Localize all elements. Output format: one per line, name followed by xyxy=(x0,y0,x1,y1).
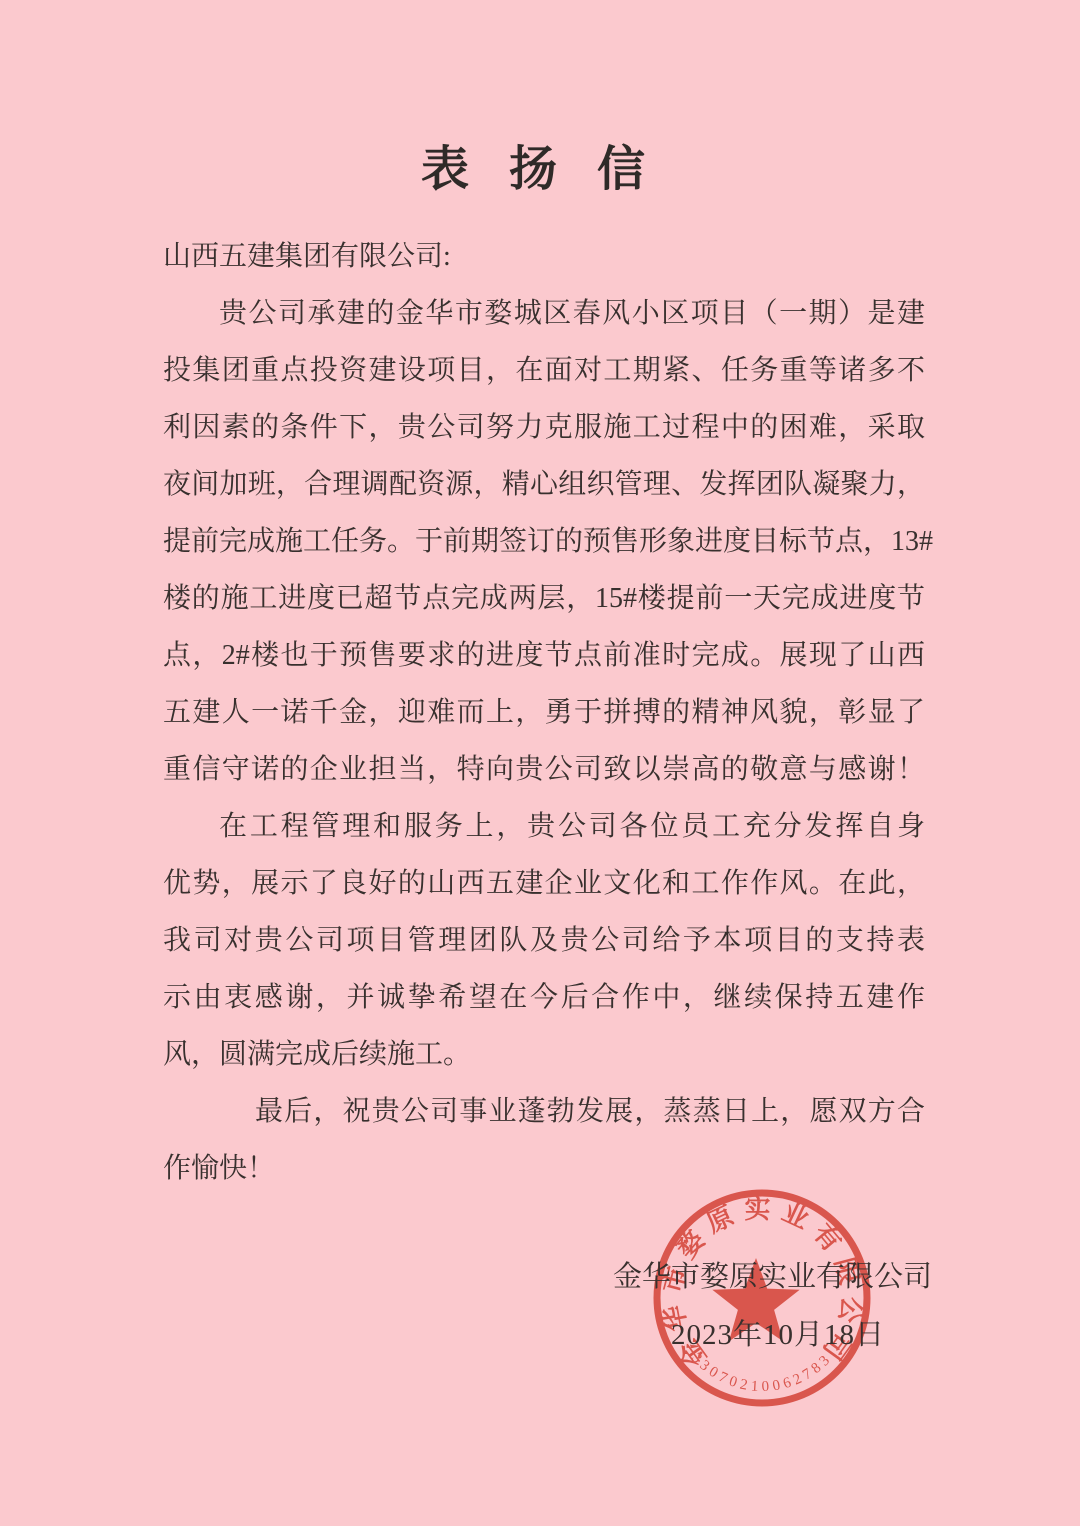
letter-title: 表 扬 信 xyxy=(0,130,1080,199)
paragraph-line: 夜间加班，合理调配资源，精心组织管理、发挥团队凝聚力， xyxy=(163,456,925,513)
paragraph-line: 贵公司承建的金华市婺城区春风小区项目（一期）是建 xyxy=(163,285,925,342)
paragraph-line: 在工程管理和服务上，贵公司各位员工充分发挥自身 xyxy=(163,798,925,855)
commendation-letter-page: 表 扬 信 山西五建集团有限公司: 贵公司承建的金华市婺城区春风小区项目（一期）… xyxy=(0,0,1080,1526)
paragraph-line: 投集团重点投资建设项目，在面对工期紧、任务重等诸多不 xyxy=(163,342,925,399)
paragraph-line: 最后，祝贵公司事业蓬勃发展，蒸蒸日上，愿双方合 xyxy=(163,1083,925,1140)
signature-date: 2023年10月18日 xyxy=(671,1312,885,1353)
paragraph-line: 示由衷感谢，并诚挚希望在今后合作中，继续保持五建作 xyxy=(163,969,925,1026)
paragraph-line: 楼的施工进度已超节点完成两层，15#楼提前一天完成进度节 xyxy=(163,570,925,627)
paragraph-line: 优势，展示了良好的山西五建企业文化和工作作风。在此， xyxy=(163,855,925,912)
paragraph-line: 风，圆满完成后续施工。 xyxy=(163,1026,925,1083)
company-seal: 金华市婺原实业有限公司 33070210062783 xyxy=(632,1168,892,1428)
letter-body: 山西五建集团有限公司: 贵公司承建的金华市婺城区春风小区项目（一期）是建 投集团… xyxy=(163,228,925,1197)
paragraph-line: 重信守诺的企业担当，特向贵公司致以崇高的敬意与感谢！ xyxy=(163,741,925,798)
paragraph-line: 利因素的条件下，贵公司努力克服施工过程中的困难，采取 xyxy=(163,399,925,456)
paragraph-line: 点，2#楼也于预售要求的进度节点前准时完成。展现了山西 xyxy=(163,627,925,684)
paragraph-line: 五建人一诺千金，迎难而上，勇于拼搏的精神风貌，彰显了 xyxy=(163,684,925,741)
signature-company-name: 金华市婺原实业有限公司 xyxy=(613,1254,932,1295)
paragraph-line: 我司对贵公司项目管理团队及贵公司给予本项目的支持表 xyxy=(163,912,925,969)
paragraph-line: 提前完成施工任务。于前期签订的预售形象进度目标节点，13# xyxy=(163,513,925,570)
salutation: 山西五建集团有限公司: xyxy=(163,228,925,285)
paragraph-line: 作愉快！ xyxy=(163,1140,925,1197)
